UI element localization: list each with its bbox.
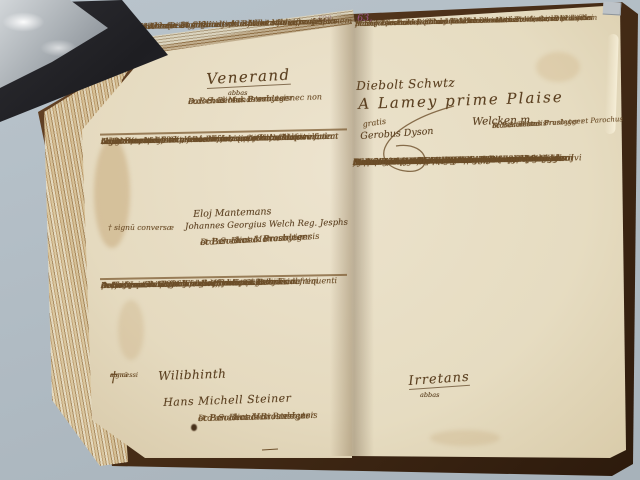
paper-stain [430,430,500,446]
manuscript-line: absoluta est. [101,136,153,148]
corner-sticker [603,2,622,16]
convert-signature: Wilibhinth [158,367,227,383]
paper-stain [536,52,580,82]
photo-scene: 620. Anno Dni 1722 die 21 Januarij ob in… [0,0,640,480]
manuscript-line: concessi [110,372,138,379]
abbot-signature-title: abbas [420,391,439,399]
paper-stain [118,300,144,360]
convert-cross-mark: † signū conversæ [108,223,174,232]
signature-flourish [362,102,482,182]
ink-blot [191,424,197,431]
